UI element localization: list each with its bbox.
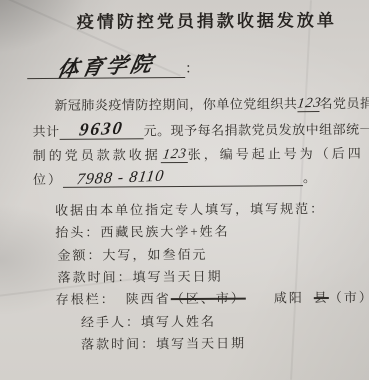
- cungen-struck-region: （区、市）: [171, 291, 246, 307]
- addressee-blank: 体育学院: [27, 56, 185, 79]
- receipt-range-handwriting: 7988 - 8110: [76, 169, 166, 188]
- instruction-jingshouren: 经手人：填写人姓名: [81, 313, 216, 331]
- document-content: 疫情防控党员捐款收据发放单 体育学院： 新冠肺炎疫情防控期间，你单位党组织共12…: [0, 0, 369, 380]
- luokuan1-label: 落款时间：: [58, 269, 133, 285]
- paragraph-line-3: 制的党员款款收据123张，编号起止号为（后四: [33, 144, 364, 164]
- taitou-label: 抬头：: [55, 225, 100, 240]
- line1-text-post: 名党员捐款: [319, 96, 369, 111]
- member-count-blank: 123: [297, 94, 319, 112]
- addressee-line: 体育学院：: [27, 56, 199, 79]
- cungen-province: 陕西省: [126, 291, 171, 306]
- paragraph-line-2: 共计9630元。现予每名捐款党员发放中组部统一印: [33, 119, 369, 140]
- line4-text-post: 。: [303, 170, 318, 185]
- total-amount-handwriting: 9630: [78, 120, 124, 138]
- addressee-colon: ：: [185, 62, 199, 77]
- jingshouren-label: 经手人：: [81, 314, 141, 329]
- instructions-header: 收据由本单位指定专人填写，填写规范：: [55, 200, 325, 219]
- paragraph-line-4: 位）7988 - 8110。: [33, 168, 318, 188]
- line3-text-post: 张，编号起止号为（后四: [188, 146, 364, 162]
- line2-label: 共计: [33, 124, 60, 139]
- jine-label: 金额：: [57, 248, 102, 263]
- instruction-luokuan-1: 落款时间：填写当天日期: [58, 268, 223, 286]
- jine-value: 大写，如叁佰元: [102, 247, 207, 263]
- receipt-count-handwriting: 123: [161, 148, 187, 162]
- document-title: 疫情防控党员捐款收据发放单: [77, 12, 337, 31]
- cungen-struck-county: 县: [314, 290, 329, 305]
- line4-text-pre: 位）: [33, 172, 63, 187]
- receipt-range-blank: 7988 - 8110: [63, 168, 303, 188]
- line2-text-post: 元。现予每名捐款党员发放中组部统一印: [144, 122, 369, 139]
- instruction-luokuan-2: 落款时间：填写当天日期: [81, 335, 246, 353]
- jingshouren-value: 填写人姓名: [141, 314, 216, 330]
- luokuan1-value: 填写当天日期: [133, 269, 223, 285]
- addressee-handwriting: 体育学院: [56, 54, 157, 80]
- cungen-suffix: （市）: [329, 290, 369, 305]
- paper-document: 疫情防控党员捐款收据发放单 体育学院： 新冠肺炎疫情防控期间，你单位党组织共12…: [0, 0, 369, 380]
- taitou-value: 西藏民族大学+姓名: [100, 224, 229, 240]
- line3-text-pre: 制的党员款款收据: [33, 147, 161, 163]
- cungen-label: 存根栏：: [56, 291, 116, 306]
- luokuan2-value: 填写当天日期: [156, 336, 246, 352]
- instruction-cungen: 存根栏：陕西省（区、市）咸阳县（市）: [56, 289, 369, 308]
- luokuan2-label: 落款时间：: [81, 336, 156, 352]
- cungen-city: 咸阳: [274, 290, 304, 305]
- total-amount-blank: 9630: [60, 120, 144, 140]
- paragraph-line-1: 新冠肺炎疫情防控期间，你单位党组织共123名党员捐款: [54, 94, 369, 114]
- receipt-count-blank: 123: [161, 145, 188, 163]
- instruction-taitou: 抬头：西藏民族大学+姓名: [55, 223, 229, 241]
- instruction-jine: 金额：大写，如叁佰元: [57, 246, 207, 264]
- member-count-handwriting: 123: [296, 97, 322, 111]
- line1-text-pre: 新冠肺炎疫情防控期间，你单位党组织共: [54, 96, 297, 113]
